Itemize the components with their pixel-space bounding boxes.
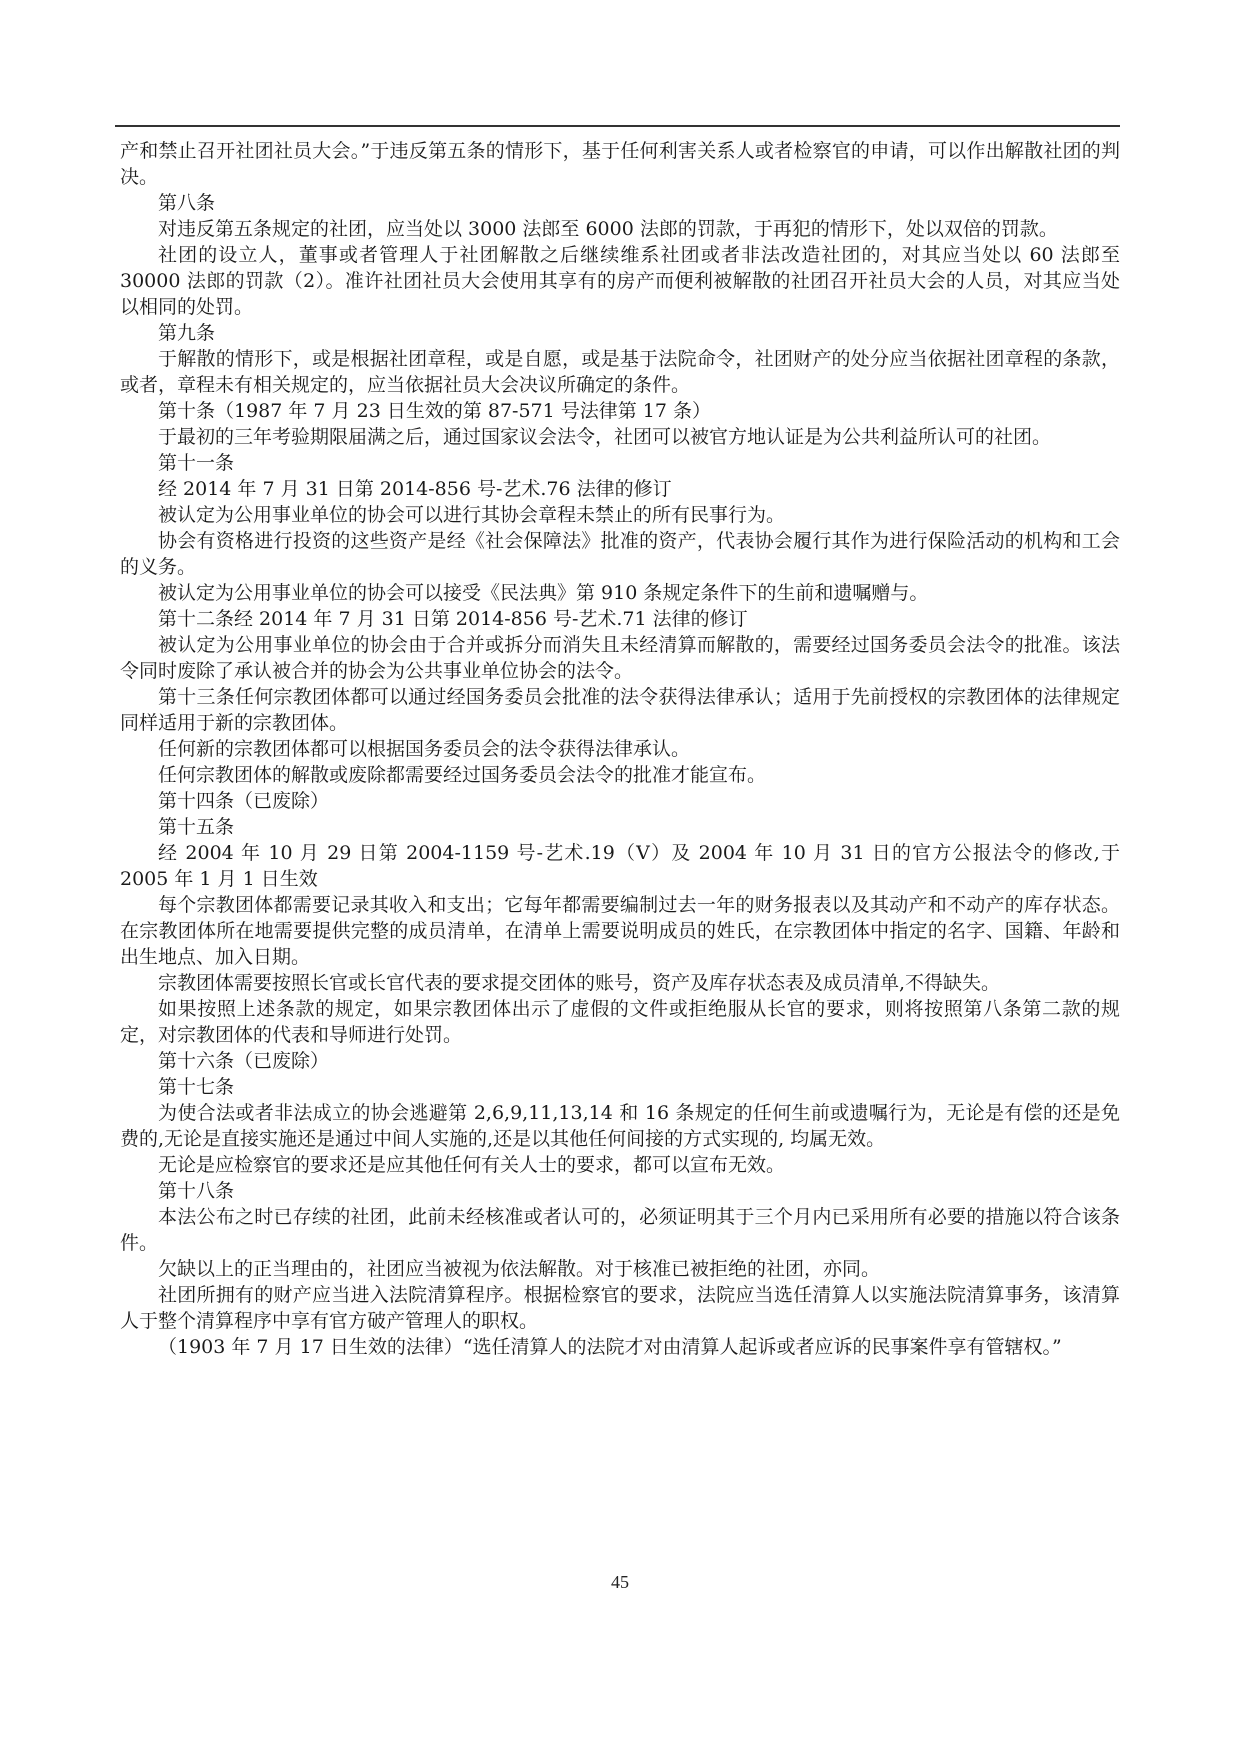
paragraph: 协会有资格进行投资的这些资产是经《社会保障法》批准的资产，代表协会履行其作为进行…	[120, 528, 1120, 580]
article-heading-10: 第十条（1987 年 7 月 23 日生效的第 87-571 号法律第 17 条…	[120, 398, 1120, 424]
paragraph: 如果按照上述条款的规定，如果宗教团体出示了虚假的文件或拒绝服从长官的要求，则将按…	[120, 996, 1120, 1048]
paragraph: 经 2014 年 7 月 31 日第 2014-856 号-艺术.76 法律的修…	[120, 476, 1120, 502]
header-rule	[115, 125, 1120, 127]
article-heading-18: 第十八条	[120, 1178, 1120, 1204]
page-number: 45	[0, 1572, 1240, 1593]
paragraph: 为使合法或者非法成立的协会逃避第 2,6,9,11,13,14 和 16 条规定…	[120, 1100, 1120, 1152]
paragraph: 无论是应检察官的要求还是应其他任何有关人士的要求，都可以宣布无效。	[120, 1152, 1120, 1178]
paragraph: 经 2004 年 10 月 29 日第 2004-1159 号-艺术.19（V）…	[120, 840, 1120, 892]
body-text: 产和禁止召开社团社员大会。”于违反第五条的情形下，基于任何利害关系人或者检察官的…	[120, 138, 1120, 1360]
article-heading-11: 第十一条	[120, 450, 1120, 476]
paragraph: 社团所拥有的财产应当进入法院清算程序。根据检察官的要求，法院应当选任清算人以实施…	[120, 1282, 1120, 1334]
article-heading-14: 第十四条（已废除）	[120, 788, 1120, 814]
article-heading-8: 第八条	[120, 190, 1120, 216]
article-13-paragraph: 第十三条任何宗教团体都可以通过经国务委员会批准的法令获得法律承认；适用于先前授权…	[120, 684, 1120, 736]
paragraph: 宗教团体需要按照长官或长官代表的要求提交团体的账号，资产及库存状态表及成员清单,…	[120, 970, 1120, 996]
article-heading-17: 第十七条	[120, 1074, 1120, 1100]
article-heading-9: 第九条	[120, 320, 1120, 346]
article-heading-16: 第十六条（已废除）	[120, 1048, 1120, 1074]
article-heading-12: 第十二条经 2014 年 7 月 31 日第 2014-856 号-艺术.71 …	[120, 606, 1120, 632]
paragraph: 任何新的宗教团体都可以根据国务委员会的法令获得法律承认。	[120, 736, 1120, 762]
paragraph: 产和禁止召开社团社员大会。”于违反第五条的情形下，基于任何利害关系人或者检察官的…	[120, 138, 1120, 190]
paragraph: 欠缺以上的正当理由的，社团应当被视为依法解散。对于核准已被拒绝的社团，亦同。	[120, 1256, 1120, 1282]
paragraph: 本法公布之时已存续的社团，此前未经核准或者认可的，必须证明其于三个月内已采用所有…	[120, 1204, 1120, 1256]
paragraph: 于最初的三年考验期限届满之后，通过国家议会法令，社团可以被官方地认证是为公共利益…	[120, 424, 1120, 450]
document-page: 产和禁止召开社团社员大会。”于违反第五条的情形下，基于任何利害关系人或者检察官的…	[0, 0, 1240, 1753]
article-heading-15: 第十五条	[120, 814, 1120, 840]
paragraph: 于解散的情形下，或是根据社团章程，或是自愿，或是基于法院命令，社团财产的处分应当…	[120, 346, 1120, 398]
paragraph: 被认定为公用事业单位的协会可以进行其协会章程未禁止的所有民事行为。	[120, 502, 1120, 528]
paragraph: 任何宗教团体的解散或废除都需要经过国务委员会法令的批准才能宣布。	[120, 762, 1120, 788]
paragraph: 每个宗教团体都需要记录其收入和支出；它每年都需要编制过去一年的财务报表以及其动产…	[120, 892, 1120, 970]
paragraph: 被认定为公用事业单位的协会可以接受《民法典》第 910 条规定条件下的生前和遗嘱…	[120, 580, 1120, 606]
paragraph: 社团的设立人，董事或者管理人于社团解散之后继续维系社团或者非法改造社团的，对其应…	[120, 242, 1120, 320]
paragraph: （1903 年 7 月 17 日生效的法律）“选任清算人的法院才对由清算人起诉或…	[120, 1334, 1120, 1360]
paragraph: 对违反第五条规定的社团，应当处以 3000 法郎至 6000 法郎的罚款，于再犯…	[120, 216, 1120, 242]
paragraph: 被认定为公用事业单位的协会由于合并或拆分而消失且未经清算而解散的，需要经过国务委…	[120, 632, 1120, 684]
